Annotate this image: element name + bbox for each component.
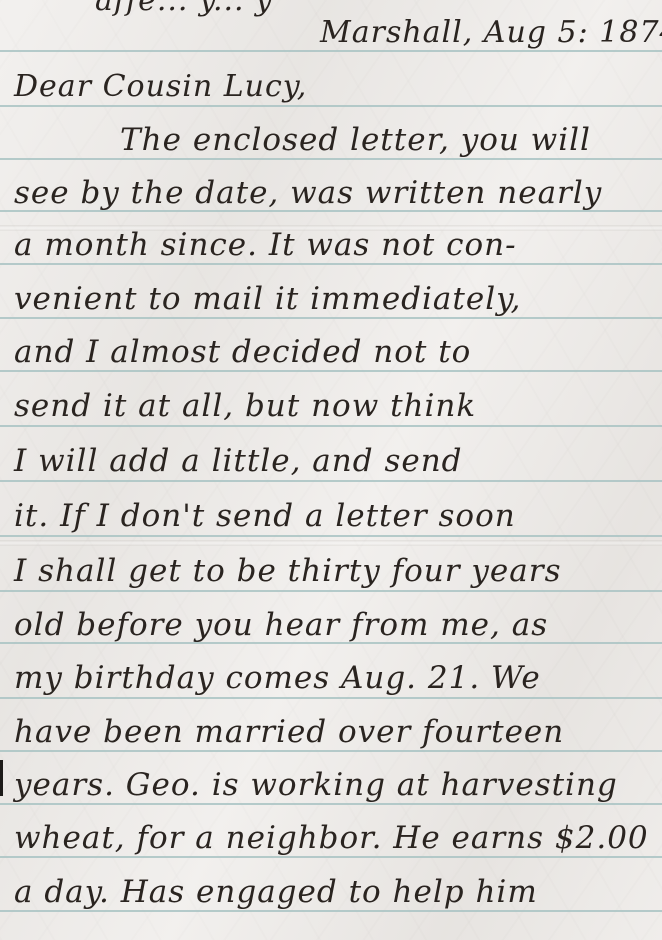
letter-line: my birthday comes Aug. 21. We xyxy=(14,663,541,694)
ruled-line xyxy=(0,535,662,537)
letter-line: a month since. It was not con- xyxy=(14,230,517,261)
letter-line: see by the date, was written nearly xyxy=(14,178,602,209)
ruled-line xyxy=(0,317,662,319)
ruled-line xyxy=(0,480,662,482)
letter-line: I shall get to be thirty four years xyxy=(14,556,561,587)
letter-line: old before you hear from me, as xyxy=(14,610,548,641)
ruled-line xyxy=(0,105,662,107)
letter-page: affe... y... y Marshall, Aug 5: 1874 Dea… xyxy=(0,0,662,940)
ruled-line xyxy=(0,910,662,912)
letter-line: it. If I don't send a letter soon xyxy=(14,501,516,532)
partial-top-line: affe... y... y xyxy=(95,0,273,16)
ruled-line xyxy=(0,50,662,52)
letter-line: I will add a little, and send xyxy=(14,446,463,477)
letter-line: send it at all, but now think xyxy=(14,391,476,422)
paper-fold xyxy=(0,540,662,546)
letter-line: have been married over fourteen xyxy=(14,717,564,748)
ruled-line xyxy=(0,697,662,699)
ruled-line xyxy=(0,425,662,427)
ruled-line xyxy=(0,750,662,752)
ruled-line xyxy=(0,803,662,805)
ruled-line xyxy=(0,158,662,160)
ruled-line xyxy=(0,263,662,265)
letter-line: a day. Has engaged to help him xyxy=(14,877,538,908)
letter-line: venient to mail it immediately, xyxy=(14,284,521,315)
letter-line: and I almost decided not to xyxy=(14,337,471,368)
dateline: Marshall, Aug 5: 1874 xyxy=(320,18,662,48)
letter-line: years. Geo. is working at harvesting xyxy=(14,770,618,801)
edge-mark xyxy=(0,760,3,796)
ruled-line xyxy=(0,370,662,372)
salutation: Dear Cousin Lucy, xyxy=(14,72,307,102)
ruled-line xyxy=(0,590,662,592)
letter-line: The enclosed letter, you will xyxy=(120,125,591,156)
ruled-line xyxy=(0,856,662,858)
letter-line: wheat, for a neighbor. He earns $2.00 xyxy=(14,823,649,854)
